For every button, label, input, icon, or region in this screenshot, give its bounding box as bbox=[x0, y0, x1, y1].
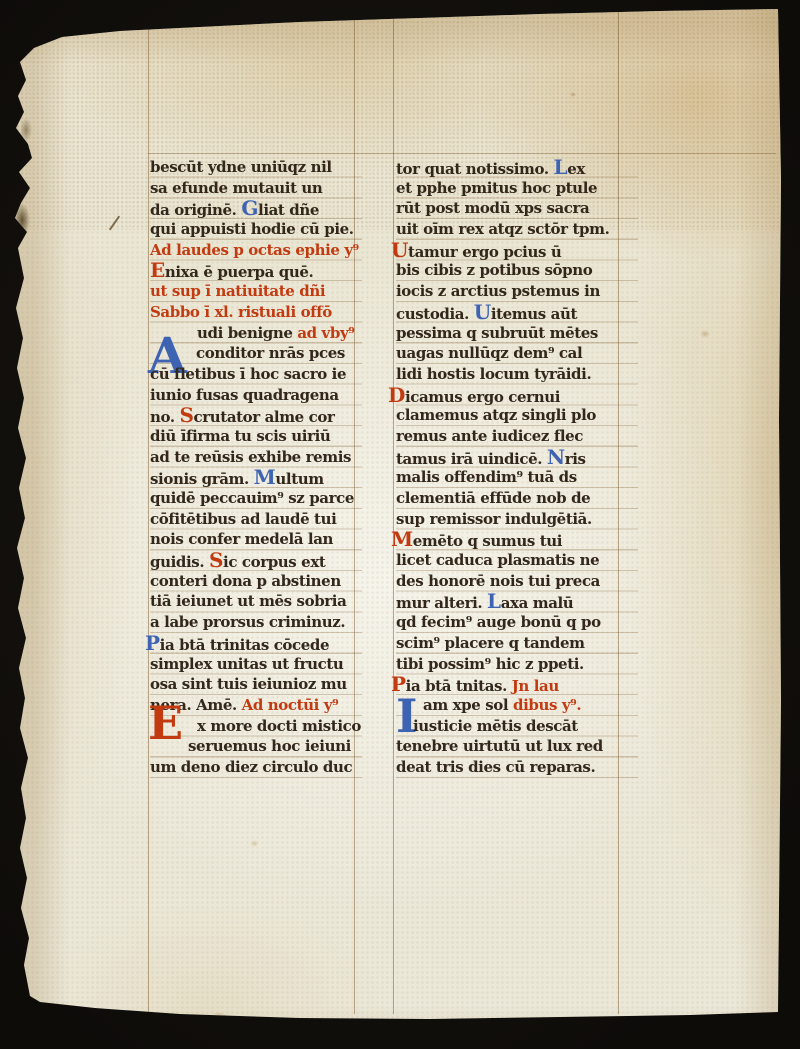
text-line: guidis. Sic corpus ext bbox=[150, 550, 362, 571]
colored-initial: E bbox=[150, 258, 165, 282]
text-run: um deno diez circulo duc bbox=[150, 758, 352, 776]
text-run: itemus aūt bbox=[491, 305, 577, 323]
text-run: x more docti mistico bbox=[197, 717, 361, 735]
text-run: ut sup ī natiuitate dñi bbox=[150, 282, 325, 300]
text-line: iocis z arctius pstemus in bbox=[396, 281, 638, 302]
text-column-2: tor quat notissimo. Lexet pphe pmitus ho… bbox=[396, 157, 638, 778]
text-run: tibi possim⁹ hic z ppeti. bbox=[396, 655, 584, 673]
text-line: tiā ieiunet ut mēs sobria bbox=[150, 591, 362, 612]
text-run: clamemus atqz singli plo bbox=[396, 406, 596, 424]
text-run: qd fecim⁹ auge bonū q po bbox=[396, 613, 601, 631]
text-run: osa sint tuis ieiunioz mu bbox=[150, 675, 347, 693]
colored-initial: S bbox=[180, 403, 194, 427]
text-run: Ad noctūi y⁹ bbox=[242, 696, 339, 714]
text-line: uit oīm rex atqz sctōr tpm. bbox=[396, 219, 638, 240]
text-run: simplex unitas ut fructu bbox=[150, 655, 343, 673]
text-run: ad te reūsis exhibe remis bbox=[150, 448, 351, 466]
text-run: sionis grām. bbox=[150, 470, 254, 488]
text-line: quidē peccauim⁹ sz parce bbox=[150, 488, 362, 509]
text-run: iusticie mētis descāt bbox=[413, 717, 578, 735]
text-line: bescūt ydne uniūqz nil bbox=[150, 157, 362, 178]
text-run: lidi hostis locum tyrāidi. bbox=[396, 365, 591, 383]
colored-initial: P bbox=[145, 631, 160, 655]
colored-initial: L bbox=[487, 589, 501, 613]
photo-background: { "meta": { "background_color": "#12100d… bbox=[0, 0, 800, 1049]
text-line: rūt post modū xps sacra bbox=[396, 198, 638, 219]
text-run: et pphe pmitus hoc ptule bbox=[396, 179, 597, 197]
text-run: qui appuisti hodie cū pie. bbox=[150, 220, 354, 238]
text-line: nois confer medelā lan bbox=[150, 529, 362, 550]
text-run: cū fletibus ī hoc sacro ie bbox=[150, 365, 346, 383]
text-run: tamus irā uindicē. bbox=[396, 450, 547, 468]
text-line: seruemus hoc ieiuni bbox=[150, 736, 362, 757]
text-line: Pia btā trinitas cōcede bbox=[150, 633, 362, 654]
text-line: et pphe pmitus hoc ptule bbox=[396, 178, 638, 199]
text-run: cōfitētibus ad laudē tui bbox=[150, 510, 336, 528]
text-run: uagas nullūqz dem⁹ cal bbox=[396, 344, 582, 362]
ruling-line-vertical-1 bbox=[148, 12, 149, 1014]
text-run: ad vby⁹ bbox=[297, 324, 354, 342]
text-run: nixa ē puerpa quē. bbox=[165, 263, 313, 281]
text-run: clementiā effūde nob de bbox=[396, 489, 590, 507]
colored-initial: M bbox=[254, 465, 276, 489]
text-line: qd fecim⁹ auge bonū q po bbox=[396, 612, 638, 633]
text-run: scim⁹ placere q tandem bbox=[396, 634, 585, 652]
text-line: scim⁹ placere q tandem bbox=[396, 633, 638, 654]
text-line: simplex unitas ut fructu bbox=[150, 654, 362, 675]
text-line: tor quat notissimo. Lex bbox=[396, 157, 638, 178]
text-run: dibus y⁹. bbox=[513, 696, 581, 714]
text-run: Jn lau bbox=[512, 677, 559, 695]
text-run: bis cibis z potibus sōpno bbox=[396, 261, 592, 279]
text-line: ad te reūsis exhibe remis bbox=[150, 447, 362, 468]
text-line: cū fletibus ī hoc sacro ie bbox=[150, 364, 362, 385]
text-run: nois confer medelā lan bbox=[150, 530, 333, 548]
text-line: conditor nrās pces bbox=[150, 343, 362, 364]
text-run: iocis z arctius pstemus in bbox=[396, 282, 600, 300]
text-line: deat tris dies cū reparas. bbox=[396, 757, 638, 778]
text-line: Memēto q sumus tui bbox=[396, 529, 638, 550]
text-run: icamus ergo cernui bbox=[405, 388, 560, 406]
text-line: Ad laudes p octas ephie y⁹ bbox=[150, 240, 362, 261]
text-run: Sabbo ī xl. ristuali offō bbox=[150, 303, 332, 321]
text-line: sa efunde mutauit un bbox=[150, 178, 362, 199]
text-run: sa efunde mutauit un bbox=[150, 179, 322, 197]
text-line: lidi hostis locum tyrāidi. bbox=[396, 364, 638, 385]
stain bbox=[700, 330, 710, 338]
text-run: emēto q sumus tui bbox=[413, 532, 562, 550]
colored-initial: L bbox=[554, 155, 568, 179]
text-line: licet caduca plasmatis ne bbox=[396, 550, 638, 571]
text-run: malis offendim⁹ tuā ds bbox=[396, 468, 577, 486]
text-run: uit oīm rex atqz sctōr tpm. bbox=[396, 220, 609, 238]
text-run: udi benigne bbox=[197, 324, 297, 342]
colored-initial: U bbox=[391, 238, 408, 262]
colored-initial: N bbox=[547, 445, 565, 469]
text-run: liat dñe bbox=[258, 201, 319, 219]
stain bbox=[212, 1012, 226, 1020]
text-run: diū īfirma tu scis uiriū bbox=[150, 427, 330, 445]
text-run: tor quat notissimo. bbox=[396, 160, 554, 178]
text-run: custodia. bbox=[396, 305, 474, 323]
text-run: tenebre uirtutū ut lux red bbox=[396, 737, 603, 755]
text-run: am xpe sol bbox=[423, 696, 513, 714]
text-line: Dicamus ergo cernui bbox=[396, 385, 638, 406]
text-run: ia btā tnitas. bbox=[406, 677, 512, 695]
text-line: sup remissor indulgētiā. bbox=[396, 509, 638, 530]
text-run: Ad laudes p octas ephie y⁹ bbox=[150, 241, 359, 259]
text-line: des honorē nois tui preca bbox=[396, 571, 638, 592]
text-line: Pia btā tnitas. Jn lau bbox=[396, 674, 638, 695]
text-run: rūt post modū xps sacra bbox=[396, 199, 589, 217]
text-line: um deno diez circulo duc bbox=[150, 757, 362, 778]
text-line: a labe prorsus criminuz. bbox=[150, 612, 362, 633]
text-line: conteri dona p abstinen bbox=[150, 571, 362, 592]
text-run: guidis. bbox=[150, 553, 209, 571]
colored-initial: D bbox=[388, 383, 405, 407]
text-run: tamur ergo pcius ū bbox=[408, 243, 561, 261]
text-line: osa sint tuis ieiunioz mu bbox=[150, 674, 362, 695]
colored-initial: G bbox=[241, 196, 258, 220]
stain bbox=[14, 203, 30, 237]
text-line: iunio fusas quadragena bbox=[150, 385, 362, 406]
text-line: Sabbo ī xl. ristuali offō bbox=[150, 302, 362, 323]
text-line: tenebre uirtutū ut lux red bbox=[396, 736, 638, 757]
stain bbox=[570, 92, 576, 97]
text-line: iusticie mētis descāt bbox=[396, 716, 638, 737]
text-run: iunio fusas quadragena bbox=[150, 386, 339, 404]
ruling-line-horizontal bbox=[148, 153, 776, 154]
text-line: mur alteri. Laxa malū bbox=[396, 591, 638, 612]
text-run: no. bbox=[150, 408, 180, 426]
text-run: conteri dona p abstinen bbox=[150, 572, 341, 590]
text-line: sionis grām. Multum bbox=[150, 467, 362, 488]
text-line: malis offendim⁹ tuā ds bbox=[396, 467, 638, 488]
ruling-line-vertical-3 bbox=[393, 12, 394, 1014]
text-line: qui appuisti hodie cū pie. bbox=[150, 219, 362, 240]
text-line: pessima q subruūt mētes bbox=[396, 323, 638, 344]
text-run: mur alteri. bbox=[396, 594, 487, 612]
colored-initial: U bbox=[474, 300, 491, 324]
text-run: da originē. bbox=[150, 201, 241, 219]
text-run: sup remissor indulgētiā. bbox=[396, 510, 592, 528]
text-run: bescūt ydne uniūqz nil bbox=[150, 158, 332, 176]
text-line: cōfitētibus ad laudē tui bbox=[150, 509, 362, 530]
text-run: tiā ieiunet ut mēs sobria bbox=[150, 592, 346, 610]
text-line: da originē. Gliat dñe bbox=[150, 198, 362, 219]
text-run: licet caduca plasmatis ne bbox=[396, 551, 599, 569]
text-run: remus ante iudicez flec bbox=[396, 427, 583, 445]
text-line: ut sup ī natiuitate dñi bbox=[150, 281, 362, 302]
text-run: conditor nrās pces bbox=[196, 344, 345, 362]
text-line: remus ante iudicez flec bbox=[396, 426, 638, 447]
text-line: no. Scrutator alme cor bbox=[150, 405, 362, 426]
text-run: ic corpus ext bbox=[223, 553, 325, 571]
text-column-1: bescūt ydne uniūqz nilsa efunde mutauit … bbox=[150, 157, 362, 778]
text-line: tamus irā uindicē. Nris bbox=[396, 447, 638, 468]
text-run: crutator alme cor bbox=[194, 408, 335, 426]
text-line: clamemus atqz singli plo bbox=[396, 405, 638, 426]
text-run: seruemus hoc ieiuni bbox=[188, 737, 351, 755]
text-line: clementiā effūde nob de bbox=[396, 488, 638, 509]
text-run: quidē peccauim⁹ sz parce bbox=[150, 489, 354, 507]
text-run: axa malū bbox=[501, 594, 574, 612]
text-line: uagas nullūqz dem⁹ cal bbox=[396, 343, 638, 364]
text-line: Enixa ē puerpa quē. bbox=[150, 260, 362, 281]
text-run: pessima q subruūt mētes bbox=[396, 324, 598, 342]
stain bbox=[250, 840, 259, 847]
text-run: ia btā trinitas cōcede bbox=[160, 636, 330, 654]
text-run: ultum bbox=[275, 470, 323, 488]
text-run: deat tris dies cū reparas. bbox=[396, 758, 595, 776]
colored-initial: S bbox=[209, 548, 223, 572]
text-run: a labe prorsus criminuz. bbox=[150, 613, 345, 631]
stain bbox=[20, 118, 32, 142]
text-run: des honorē nois tui preca bbox=[396, 572, 600, 590]
text-line: Utamur ergo pcius ū bbox=[396, 240, 638, 261]
text-line: custodia. Uitemus aūt bbox=[396, 302, 638, 323]
text-run: ris bbox=[565, 450, 586, 468]
text-line: bis cibis z potibus sōpno bbox=[396, 260, 638, 281]
manuscript-leaf: bescūt ydne uniūqz nilsa efunde mutauit … bbox=[0, 0, 800, 1049]
text-run: ex bbox=[567, 160, 585, 178]
colored-initial: M bbox=[391, 527, 413, 551]
text-line: am xpe sol dibus y⁹. bbox=[396, 695, 638, 716]
text-line: diū īfirma tu scis uiriū bbox=[150, 426, 362, 447]
text-line: tibi possim⁹ hic z ppeti. bbox=[396, 654, 638, 675]
